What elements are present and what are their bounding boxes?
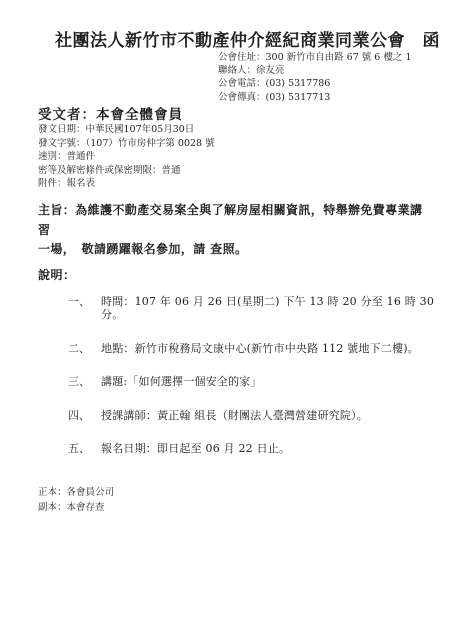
issue-date: 發文日期：中華民國107年05月30日	[38, 123, 215, 137]
reference-number: 發文字號：（107）竹市房仲字第 0028 號	[38, 137, 215, 151]
explanation-items: 一、 時間：107 年 06 月 26 日(星期二) 下午 13 時 20 分至…	[68, 295, 438, 476]
list-item: 二、 地點：新竹市稅務局文康中心(新竹市中央路 112 號地下二樓)。	[68, 342, 438, 355]
association-address: 公會住址：300 新竹市自由路 67 號 6 樓之 1	[218, 51, 411, 64]
distribution-block: 正本：各會員公司 副本：本會存查	[38, 486, 114, 515]
recipient-line: 受文者：本會全體會員	[38, 103, 183, 123]
duplicate-copy-line: 副本：本會存查	[38, 501, 114, 516]
list-item: 四、 授課講師：黃正翰 組長（財團法人臺灣營建研究院）。	[68, 409, 438, 422]
original-copy-line: 正本：各會員公司	[38, 486, 114, 501]
item-number: 三、	[68, 375, 101, 388]
subject-line-1: 主旨：為維護不動產交易案全與了解房屋相關資訊，特舉辦免費專業講習	[38, 201, 433, 240]
explanation-label: 說明：	[38, 266, 76, 283]
subject-paragraph: 主旨：為維護不動產交易案全與了解房屋相關資訊，特舉辦免費專業講習 一場， 敬請踴…	[38, 201, 433, 260]
attachment-note: 附件：報名表	[38, 177, 215, 191]
item-number: 四、	[68, 409, 101, 422]
document-meta-block: 發文日期：中華民國107年05月30日 發文字號：（107）竹市房仲字第 002…	[38, 123, 215, 191]
list-item: 一、 時間：107 年 06 月 26 日(星期二) 下午 13 時 20 分至…	[68, 295, 438, 321]
item-location: 地點：新竹市稅務局文康中心(新竹市中央路 112 號地下二樓)。	[101, 342, 438, 355]
document-title: 社團法人新竹市不動產仲介經紀商業同業公會 函	[55, 26, 440, 51]
association-fax: 公會傳真：(03) 5317713	[218, 91, 411, 104]
official-letter-document: 社團法人新竹市不動產仲介經紀商業同業公會 函 公會住址：300 新竹市自由路 6…	[0, 0, 452, 640]
item-topic: 講題:「如何選擇一個安全的家」	[101, 375, 438, 388]
association-phone: 公會電話：(03) 5317786	[218, 77, 411, 90]
delivery-speed: 速別：普通件	[38, 150, 215, 164]
subject-line-2: 一場， 敬請踴躍報名參加，請 查照。	[38, 240, 433, 260]
list-item: 五、 報名日期：即日起至 06 月 22 日止。	[68, 442, 438, 455]
item-number: 二、	[68, 342, 101, 355]
security-classification: 密等及解密條件或保密期限：普通	[38, 164, 215, 178]
list-item: 三、 講題:「如何選擇一個安全的家」	[68, 375, 438, 388]
item-number: 一、	[68, 295, 101, 321]
item-time: 時間：107 年 06 月 26 日(星期二) 下午 13 時 20 分至 16…	[101, 295, 438, 321]
item-number: 五、	[68, 442, 101, 455]
item-registration-deadline: 報名日期：即日起至 06 月 22 日止。	[101, 442, 438, 455]
item-lecturer: 授課講師：黃正翰 組長（財團法人臺灣營建研究院）。	[101, 409, 438, 422]
contact-person: 聯絡人：徐友亮	[218, 64, 411, 77]
association-contact-block: 公會住址：300 新竹市自由路 67 號 6 樓之 1 聯絡人：徐友亮 公會電話…	[218, 51, 411, 104]
